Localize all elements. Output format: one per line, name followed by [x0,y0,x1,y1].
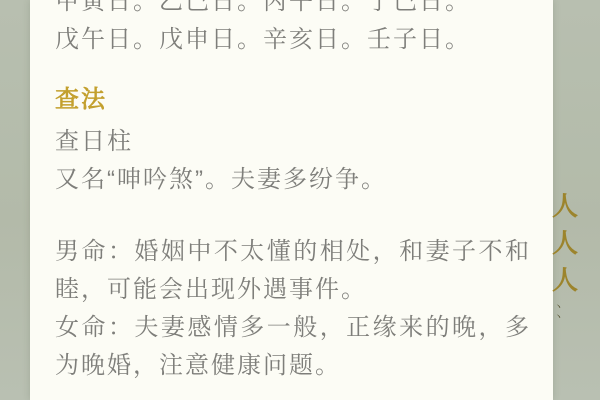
method-line: 查日柱 [55,123,531,161]
ren-glyph-2: 人 [552,225,578,262]
background-decorative-text: 人 人 人 [552,188,578,299]
background-tiny-marks: 丶 丶 [554,302,562,322]
day-pillars-line-1: 甲寅日。乙巳日。丙午日。丁巳日。 [55,0,531,21]
day-pillars-line-2: 戊午日。戊申日。辛亥日。壬子日。 [55,21,531,59]
ren-glyph-3: 人 [552,262,578,299]
female-fate-paragraph: 女命：夫妻感情多一般，正缘来的晚，多为晚婚，注意健康问题。 [55,309,531,385]
ren-glyph-1: 人 [552,188,578,225]
method-paragraph: 查日柱 又名“呻吟煞”。夫妻多纷争。 [55,123,531,199]
day-pillars-paragraph: 甲寅日。乙巳日。丙午日。丁巳日。 戊午日。戊申日。辛亥日。壬子日。 [55,0,531,59]
tiny-mark-1: 丶 [554,302,562,312]
male-fate-paragraph: 男命：婚姻中不太懂的相处，和妻子不和睦，可能会出现外遇事件。 [55,233,531,309]
tiny-mark-2: 丶 [554,312,562,322]
app-background: 甲寅日。乙巳日。丙午日。丁巳日。 戊午日。戊申日。辛亥日。壬子日。 查法 查日柱… [0,0,600,400]
content-card[interactable]: 甲寅日。乙巳日。丙午日。丁巳日。 戊午日。戊申日。辛亥日。壬子日。 查法 查日柱… [30,0,553,400]
alias-line: 又名“呻吟煞”。夫妻多纷争。 [55,161,531,199]
section-heading-chafa: 查法 [55,81,531,119]
